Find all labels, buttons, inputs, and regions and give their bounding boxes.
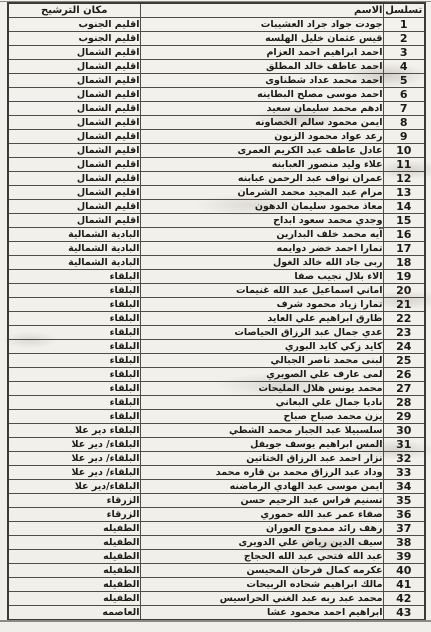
table-row: 8 ايمن محمود سالم الخصاونه اقليم الشمال [8, 115, 425, 129]
table-row: 24 كايد زكي كايد البوري البلقاء [8, 339, 425, 353]
name-cell: ربى جاد الله خالد الغول [140, 255, 383, 269]
serial-cell: 10 [383, 143, 425, 157]
header-serial: تسلسل [383, 3, 425, 17]
table-row: 32 نزار احمد عبد الرزاق الختاتين البلقاء… [8, 451, 425, 465]
table-row: 39 عبد الله فتحي عبد الله الحجاج الطفيله [8, 549, 425, 563]
table-row: 11 علاء وليد منصور العبابنه اقليم الشمال [8, 157, 425, 171]
place-cell: اقليم الشمال [8, 45, 140, 59]
serial-cell: 17 [383, 241, 425, 255]
name-cell: علاء وليد منصور العبابنه [140, 157, 383, 171]
table-body: 1 جودت جواد جراد العشيبات اقليم الجنوب 2… [8, 17, 425, 620]
name-cell: ايمن محمود سالم الخصاونه [140, 115, 383, 129]
place-cell: الزرقاء [8, 493, 140, 507]
name-cell: ايمن موسى عبد الهادي الرماضنه [140, 479, 383, 493]
serial-cell: 21 [383, 297, 425, 311]
name-cell: كايد زكي كايد البوري [140, 339, 383, 353]
place-cell: اقليم الشمال [8, 143, 140, 157]
serial-cell: 20 [383, 283, 425, 297]
place-cell: العاصمه [8, 605, 140, 620]
table-row: 17 تمارا احمد خضر دوايمه البادية الشمالي… [8, 241, 425, 255]
name-cell: تمارا زياد محمود شرف [140, 297, 383, 311]
place-cell: اقليم الشمال [8, 87, 140, 101]
serial-cell: 15 [383, 213, 425, 227]
table-row: 1 جودت جواد جراد العشيبات اقليم الجنوب [8, 17, 425, 31]
serial-cell: 14 [383, 199, 425, 213]
place-cell: البلقاء [8, 395, 140, 409]
name-cell: طارق ابراهيم علي العايد [140, 311, 383, 325]
place-cell: الطفيله [8, 535, 140, 549]
serial-cell: 43 [383, 605, 425, 620]
header-row: تسلسل الاسم مكان الترشيح [8, 3, 425, 17]
table-row: 25 لبنى محمد ناصر الجبالي البلقاء [8, 353, 425, 367]
name-cell: احمد محمد عداد شطناوى [140, 73, 383, 87]
table-row: 19 الاء بلال نجيب صفا البلقاء [8, 269, 425, 283]
place-cell: البلقاء [8, 325, 140, 339]
place-cell: البلقاء دير علا [8, 423, 140, 437]
serial-cell: 37 [383, 521, 425, 535]
name-cell: محمد يونس هلال المليحات [140, 381, 383, 395]
table-row: 10 عادل عاطف عبد الكريم العمرى اقليم الش… [8, 143, 425, 157]
table-row: 5 احمد محمد عداد شطناوى اقليم الشمال [8, 73, 425, 87]
name-cell: يزن محمد صباح صباح [140, 409, 383, 423]
serial-cell: 25 [383, 353, 425, 367]
table-row: 16 آيه محمد خلف البدارين البادية الشمالي… [8, 227, 425, 241]
place-cell: البلقاء [8, 353, 140, 367]
serial-cell: 19 [383, 269, 425, 283]
serial-cell: 11 [383, 157, 425, 171]
name-cell: مرام عبد المجيد محمد الشرمان [140, 185, 383, 199]
table-row: 31 المس ابراهيم يوسف جويفل البلقاء/ دير … [8, 437, 425, 451]
name-cell: ادهم محمد سليمان سعيد [140, 101, 383, 115]
table-row: 2 قيس عثمان خليل الهلسه اقليم الجنوب [8, 31, 425, 45]
name-cell: عكرمه كمال فرحان المحيسن [140, 563, 383, 577]
name-cell: عمران نواف عبد الرحمن عبابنه [140, 171, 383, 185]
serial-cell: 36 [383, 507, 425, 521]
place-cell: البلقاء [8, 297, 140, 311]
place-cell: البلقاء [8, 409, 140, 423]
table-row: 34 ايمن موسى عبد الهادي الرماضنه البلقاء… [8, 479, 425, 493]
name-cell: احمد ابراهيم احمد العزام [140, 45, 383, 59]
table-row: 20 اماني اسماعيل عبد الله غنيمات البلقاء [8, 283, 425, 297]
place-cell: البادية الشمالية [8, 255, 140, 269]
serial-cell: 35 [383, 493, 425, 507]
table-row: 29 يزن محمد صباح صباح البلقاء [8, 409, 425, 423]
name-cell: مالك ابراهيم شحاده الربيحات [140, 577, 383, 591]
place-cell: اقليم الشمال [8, 115, 140, 129]
serial-cell: 38 [383, 535, 425, 549]
place-cell: اقليم الجنوب [8, 17, 140, 31]
name-cell: محمد عبد ربه عبد الغني الحراسيس [140, 591, 383, 605]
serial-cell: 39 [383, 549, 425, 563]
place-cell: الزرقاء [8, 507, 140, 521]
serial-cell: 18 [383, 255, 425, 269]
header-name: الاسم [140, 3, 383, 17]
place-cell: اقليم الشمال [8, 171, 140, 185]
name-cell: رهف رائد ممدوح العوران [140, 521, 383, 535]
table-row: 22 طارق ابراهيم علي العايد البلقاء [8, 311, 425, 325]
place-cell: اقليم الشمال [8, 101, 140, 115]
name-cell: المس ابراهيم يوسف جويفل [140, 437, 383, 451]
table-row: 4 احمد عاطف خالد المطلق اقليم الشمال [8, 59, 425, 73]
serial-cell: 8 [383, 115, 425, 129]
name-cell: عدي جمال عبد الرزاق الحياصات [140, 325, 383, 339]
name-cell: آيه محمد خلف البدارين [140, 227, 383, 241]
name-cell: جودت جواد جراد العشيبات [140, 17, 383, 31]
serial-cell: 7 [383, 101, 425, 115]
table-row: 18 ربى جاد الله خالد الغول البادية الشما… [8, 255, 425, 269]
table-row: 36 صفاء عمر عبد الله حموري الزرقاء [8, 507, 425, 521]
serial-cell: 22 [383, 311, 425, 325]
place-cell: البادية الشمالية [8, 241, 140, 255]
name-cell: رعد عواد محمود الزبون [140, 129, 383, 143]
place-cell: البلقاء [8, 339, 140, 353]
table-row: 12 عمران نواف عبد الرحمن عبابنه اقليم ال… [8, 171, 425, 185]
place-cell: اقليم الشمال [8, 129, 140, 143]
name-cell: معاذ محمود سليمان الدهون [140, 199, 383, 213]
table-row: 40 عكرمه كمال فرحان المحيسن الطفيله [8, 563, 425, 577]
serial-cell: 3 [383, 45, 425, 59]
name-cell: لمى عارف علي الصويري [140, 367, 383, 381]
place-cell: الطفيله [8, 521, 140, 535]
serial-cell: 32 [383, 451, 425, 465]
serial-cell: 6 [383, 87, 425, 101]
table-row: 13 مرام عبد المجيد محمد الشرمان اقليم ال… [8, 185, 425, 199]
name-cell: تسنيم فراس عبد الرحيم حسن [140, 493, 383, 507]
serial-cell: 2 [383, 31, 425, 45]
table-row: 43 ابراهيم احمد محمود عشا العاصمه [8, 605, 425, 620]
place-cell: اقليم الشمال [8, 199, 140, 213]
serial-cell: 33 [383, 465, 425, 479]
table-row: 9 رعد عواد محمود الزبون اقليم الشمال [8, 129, 425, 143]
name-cell: احمد موسى مصلح البطاينه [140, 87, 383, 101]
scanned-page: { "colors": { "paper": "#f3f1ec", "ink":… [0, 0, 431, 632]
name-cell: نزار احمد عبد الرزاق الختاتين [140, 451, 383, 465]
name-cell: سيف الدين رياض علي الدويرى [140, 535, 383, 549]
place-cell: البادية الشمالية [8, 227, 140, 241]
serial-cell: 1 [383, 17, 425, 31]
place-cell: الطفيله [8, 591, 140, 605]
table-row: 42 محمد عبد ربه عبد الغني الحراسيس الطفي… [8, 591, 425, 605]
serial-cell: 23 [383, 325, 425, 339]
header-place: مكان الترشيح [8, 3, 140, 17]
serial-cell: 42 [383, 591, 425, 605]
place-cell: البلقاء/ دير علا [8, 465, 140, 479]
place-cell: اقليم الشمال [8, 73, 140, 87]
page-bottom-edge-line [0, 620, 431, 622]
name-cell: ناديا جمال علي البعاني [140, 395, 383, 409]
table-row: 33 وداد عبد الرزاق محمد بن قاره محمد الب… [8, 465, 425, 479]
place-cell: الطفيله [8, 549, 140, 563]
name-cell: عادل عاطف عبد الكريم العمرى [140, 143, 383, 157]
place-cell: اقليم الشمال [8, 185, 140, 199]
place-cell: البلقاء/ دير علا [8, 437, 140, 451]
place-cell: البلقاء [8, 269, 140, 283]
serial-cell: 26 [383, 367, 425, 381]
serial-cell: 5 [383, 73, 425, 87]
table-row: 3 احمد ابراهيم احمد العزام اقليم الشمال [8, 45, 425, 59]
serial-cell: 29 [383, 409, 425, 423]
place-cell: البلقاء/ دير علا [8, 451, 140, 465]
place-cell: الطفيله [8, 577, 140, 591]
place-cell: البلقاء [8, 367, 140, 381]
name-cell: احمد عاطف خالد المطلق [140, 59, 383, 73]
place-cell: اقليم الجنوب [8, 31, 140, 45]
name-cell: لبنى محمد ناصر الجبالي [140, 353, 383, 367]
place-cell: البلقاء [8, 381, 140, 395]
table-row: 37 رهف رائد ممدوح العوران الطفيله [8, 521, 425, 535]
table-row: 27 محمد يونس هلال المليحات البلقاء [8, 381, 425, 395]
place-cell: البلقاء [8, 283, 140, 297]
table-row: 23 عدي جمال عبد الرزاق الحياصات البلقاء [8, 325, 425, 339]
name-cell: اماني اسماعيل عبد الله غنيمات [140, 283, 383, 297]
serial-cell: 34 [383, 479, 425, 493]
table-row: 35 تسنيم فراس عبد الرحيم حسن الزرقاء [8, 493, 425, 507]
table-row: 7 ادهم محمد سليمان سعيد اقليم الشمال [8, 101, 425, 115]
serial-cell: 27 [383, 381, 425, 395]
table-header: تسلسل الاسم مكان الترشيح [8, 3, 425, 17]
place-cell: البلقاء/دير علا [8, 479, 140, 493]
name-cell: سلسبيلا عبد الجبار محمد الشطي [140, 423, 383, 437]
table-row: 21 تمارا زياد محمود شرف البلقاء [8, 297, 425, 311]
place-cell: اقليم الشمال [8, 157, 140, 171]
serial-cell: 12 [383, 171, 425, 185]
serial-cell: 30 [383, 423, 425, 437]
serial-cell: 24 [383, 339, 425, 353]
table-row: 14 معاذ محمود سليمان الدهون اقليم الشمال [8, 199, 425, 213]
place-cell: الطفيله [8, 563, 140, 577]
table-row: 28 ناديا جمال علي البعاني البلقاء [8, 395, 425, 409]
table-row: 30 سلسبيلا عبد الجبار محمد الشطي البلقاء… [8, 423, 425, 437]
serial-cell: 16 [383, 227, 425, 241]
name-cell: ابراهيم احمد محمود عشا [140, 605, 383, 620]
serial-cell: 13 [383, 185, 425, 199]
place-cell: البلقاء [8, 311, 140, 325]
table-row: 26 لمى عارف علي الصويري البلقاء [8, 367, 425, 381]
candidates-table: تسلسل الاسم مكان الترشيح 1 جودت جواد جرا… [7, 2, 426, 621]
place-cell: اقليم الشمال [8, 59, 140, 73]
table-row: 38 سيف الدين رياض علي الدويرى الطفيله [8, 535, 425, 549]
serial-cell: 28 [383, 395, 425, 409]
name-cell: عبد الله فتحي عبد الله الحجاج [140, 549, 383, 563]
name-cell: تمارا احمد خضر دوايمه [140, 241, 383, 255]
serial-cell: 9 [383, 129, 425, 143]
name-cell: وداد عبد الرزاق محمد بن قاره محمد [140, 465, 383, 479]
serial-cell: 40 [383, 563, 425, 577]
name-cell: وجدي محمد سعود ابداح [140, 213, 383, 227]
table-row: 41 مالك ابراهيم شحاده الربيحات الطفيله [8, 577, 425, 591]
serial-cell: 31 [383, 437, 425, 451]
serial-cell: 41 [383, 577, 425, 591]
name-cell: قيس عثمان خليل الهلسه [140, 31, 383, 45]
table-row: 15 وجدي محمد سعود ابداح اقليم الشمال [8, 213, 425, 227]
name-cell: صفاء عمر عبد الله حموري [140, 507, 383, 521]
name-cell: الاء بلال نجيب صفا [140, 269, 383, 283]
place-cell: اقليم الشمال [8, 213, 140, 227]
table-row: 6 احمد موسى مصلح البطاينه اقليم الشمال [8, 87, 425, 101]
serial-cell: 4 [383, 59, 425, 73]
